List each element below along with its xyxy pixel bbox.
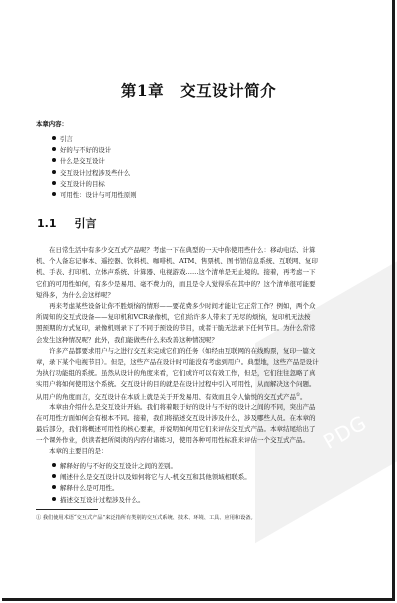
aims-list: 解释好的与不好的交互设计之间的差别。 阐述什么是交互设计以及如何将它与人-机交互… [52, 461, 251, 506]
section-title: 引言 [75, 217, 97, 230]
bullet-icon [52, 158, 56, 162]
body-text: 在日常生活中有多少交互式产品呢？考虑一下在典型的一天中你使用些什么：移动电话、计… [36, 245, 363, 458]
page-shadow-bottom [2, 598, 395, 601]
contents-item: 好的与不好的设计 [52, 145, 137, 156]
footnote-divider [36, 509, 98, 510]
paragraph: 许多产品都要求用户与之进行交互来完成它们的任务（如经由互联网的在线购票，复印一篇… [36, 346, 363, 402]
page-shadow-right [392, 0, 395, 601]
contents-item: 可用性：设计与可用性原则 [52, 190, 137, 201]
bullet-icon [52, 485, 56, 489]
contents-item: 引言 [52, 134, 137, 145]
contents-item: 交互设计的目标 [52, 179, 137, 190]
bullet-icon [52, 474, 56, 478]
paragraph: 再来考虑某些设备让你不胜烦恼的情形——要花费多少时间才能让它正常工作？例如，两个… [36, 301, 363, 346]
aims-item: 解释什么是可用性。 [52, 483, 251, 494]
paragraph: 本章的主要目的是： [36, 446, 363, 457]
chapter-number: 第1章 [121, 81, 164, 100]
contents-item: 什么是交互设计 [52, 156, 137, 167]
book-page: PDG 第1章交互设计简介 本章内容： 引言 好的与不好的设计 什么是交互设计 … [0, 0, 392, 598]
footnote: ① 我们使用术语“交互式产品”来泛指所有类别的交互式系统、技术、环境、工具、应用… [36, 514, 256, 521]
aims-item: 解释好的与不好的交互设计之间的差别。 [52, 461, 251, 472]
section-number: 1.1 [37, 217, 57, 230]
aims-item: 描述交互设计过程涉及什么。 [52, 495, 251, 506]
bullet-icon [52, 147, 56, 151]
bullet-icon [52, 497, 56, 501]
footnote-text: 我们使用术语“交互式产品”来泛指所有类别的交互式系统、技术、环境、工具、应用和设… [43, 515, 256, 521]
paragraph: 本章由介绍什么是交互设计开始。我们将着眼于好的设计与不好的设计之间的不同，突出产… [36, 402, 363, 447]
aims-item: 阐述什么是交互设计以及如何将它与人-机交互和其他领域相联系。 [52, 472, 251, 483]
chapter-name: 交互设计简介 [180, 81, 276, 100]
bullet-icon [52, 463, 56, 467]
bullet-icon [52, 192, 56, 196]
chapter-title: 第1章交互设计简介 [0, 79, 397, 101]
paragraph: 在日常生活中有多少交互式产品呢？考虑一下在典型的一天中你使用些什么：移动电话、计… [36, 245, 363, 301]
contents-list: 引言 好的与不好的设计 什么是交互设计 交互设计过程涉及些什么 交互设计的目标 … [52, 134, 137, 201]
contents-item: 交互设计过程涉及些什么 [52, 168, 137, 179]
bullet-icon [52, 170, 56, 174]
bullet-icon [52, 136, 56, 140]
bullet-icon [52, 181, 56, 185]
footnote-marker: ① [36, 515, 41, 521]
contents-label: 本章内容： [36, 119, 68, 128]
section-heading: 1.1引言 [37, 215, 97, 231]
